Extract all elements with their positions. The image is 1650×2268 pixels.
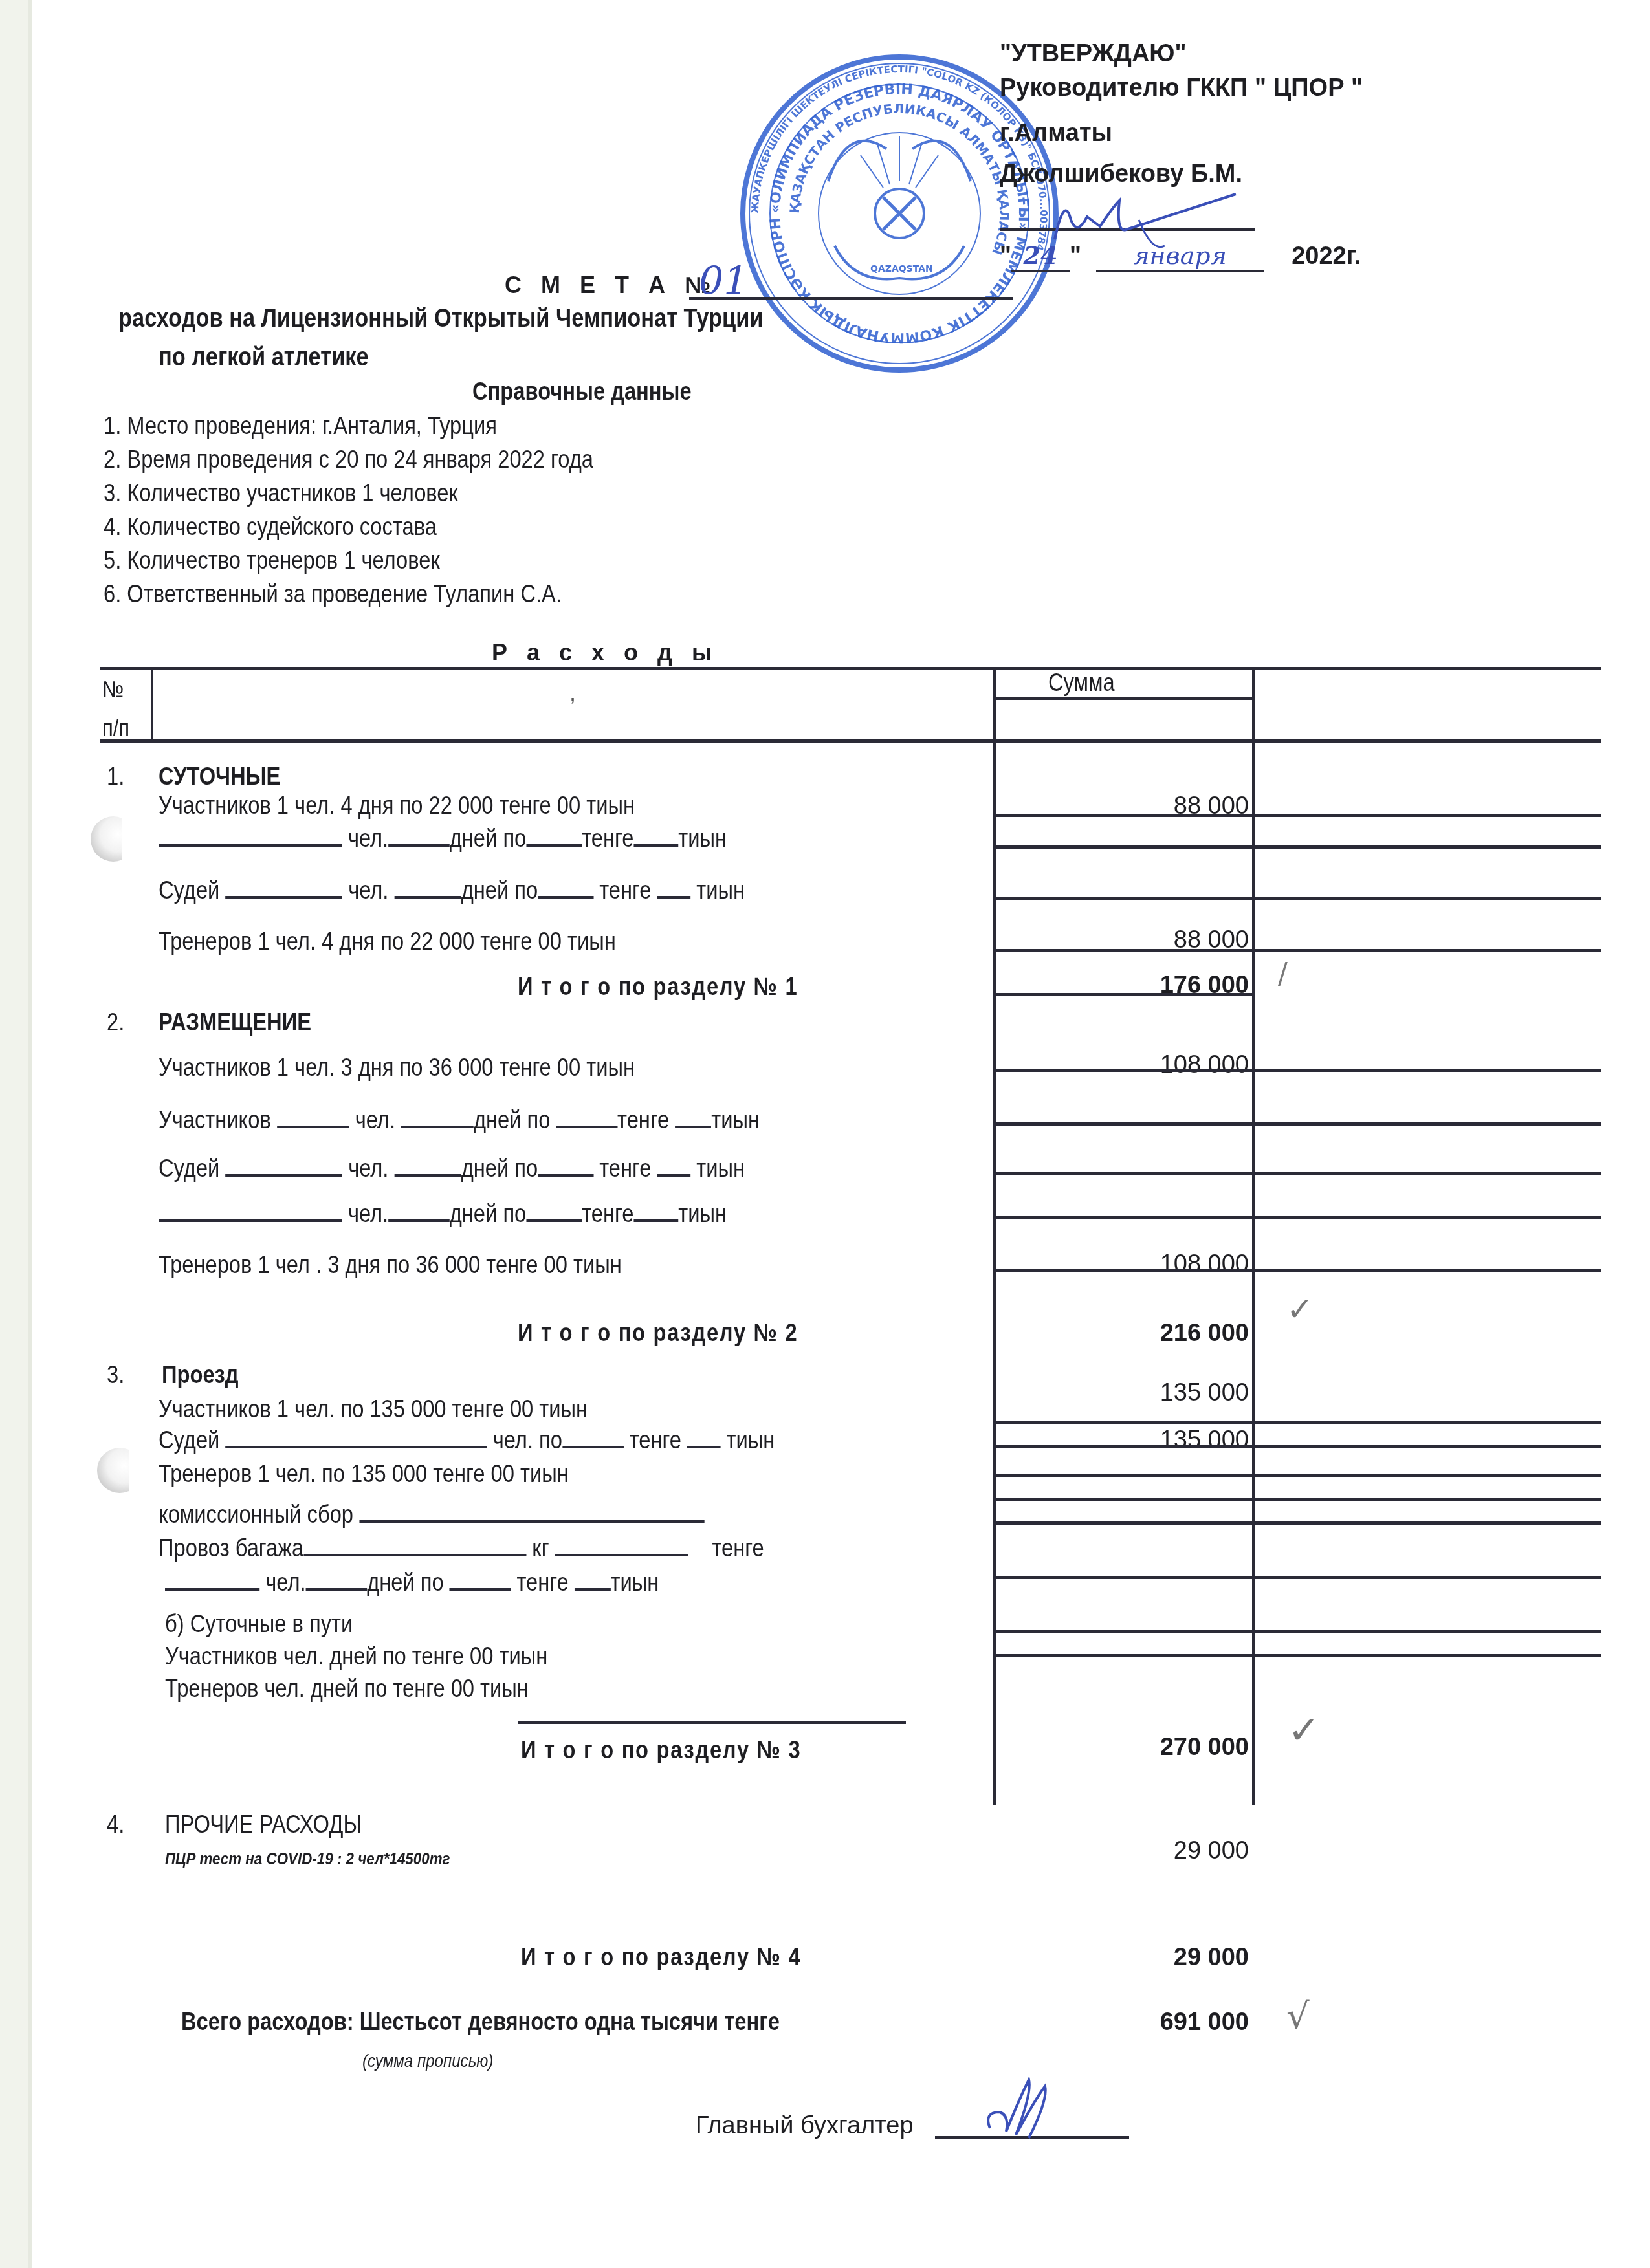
approval-date-year: 2022г. xyxy=(1292,243,1361,270)
chief-accountant-label: Главный бухгалтер xyxy=(696,2112,914,2140)
checkmark-icon: ✓ xyxy=(1286,1291,1314,1328)
scan-edge xyxy=(0,0,28,2268)
expense-row-text: б) Суточные в пути xyxy=(165,1611,353,1639)
section-number: 3. xyxy=(107,1362,124,1390)
expenses-heading: Р а с х о д ы xyxy=(492,639,718,666)
expense-row-text: Тренеров 1 чел . 3 дня по 36 000 тенге 0… xyxy=(159,1252,622,1280)
row-line xyxy=(996,1654,1601,1657)
row-line xyxy=(996,1630,1601,1633)
expense-row-template: Судей чел. дней по тенге тиын xyxy=(159,1155,745,1183)
reference-item: 3. Количество участников 1 человек xyxy=(104,480,458,508)
row-line xyxy=(996,1122,1601,1126)
grand-total-label: Всего расходов: Шестьсот девяносто одна … xyxy=(181,2009,780,2036)
expense-row-text: Участников чел. дней по тенге 00 тиын xyxy=(165,1643,547,1671)
stamp-center-label: QAZAQSTAN xyxy=(870,264,933,274)
checkmark-icon: / xyxy=(1278,957,1288,990)
expense-row-sum: 108 000 xyxy=(1003,1250,1249,1278)
col-divider-num xyxy=(151,667,153,741)
checkmark-icon: √ xyxy=(1286,1996,1310,2038)
col-num-header-2: п/п xyxy=(102,715,129,742)
accountant-signature xyxy=(984,2073,1074,2141)
document-subtitle-2: по легкой атлетике xyxy=(159,343,369,372)
punch-hole xyxy=(97,1448,142,1493)
table-header-bottom-border xyxy=(100,739,1601,743)
section-total-label: И т о г о по разделу № 1 xyxy=(518,974,798,1001)
total-rule xyxy=(518,1721,906,1724)
section-title: СУТОЧНЫЕ xyxy=(159,763,280,791)
col-num-header: № xyxy=(102,676,124,703)
expense-row-template: Участников чел. дней по тенге тиын xyxy=(159,1106,760,1135)
row-line xyxy=(996,1474,1601,1477)
reference-item: 4. Количество судейского состава xyxy=(104,514,437,541)
row-line xyxy=(996,949,1601,952)
approval-city: г.Алматы xyxy=(1000,120,1112,147)
approval-title: "УТВЕРЖДАЮ" xyxy=(1000,40,1187,68)
col-desc-mark: , xyxy=(569,679,576,706)
expense-row-text: Участников 1 чел. 4 дня по 22 000 тенге … xyxy=(159,792,635,820)
approval-date-day: 24 xyxy=(1011,241,1070,272)
section-number: 4. xyxy=(107,1811,124,1839)
expense-row-template: Судей чел. дней по тенге тиын xyxy=(159,877,745,905)
row-line xyxy=(996,845,1601,849)
reference-item: 5. Количество тренеров 1 человек xyxy=(104,547,440,575)
expense-row-text: Тренеров 1 чел. 4 дня по 22 000 тенге 00… xyxy=(159,928,616,956)
col-sum-header: Сумма xyxy=(1048,670,1115,697)
section-total-label: И т о г о по разделу № 3 xyxy=(521,1737,801,1765)
section-total: 270 000 xyxy=(1003,1734,1249,1761)
approval-date-month: января xyxy=(1096,241,1264,272)
row-line xyxy=(996,897,1601,900)
expense-row-template: чел.дней потенгетиын xyxy=(159,1200,727,1228)
reference-heading: Справочные данные xyxy=(472,378,692,406)
scan-edge-shadow xyxy=(28,0,32,2268)
row-line xyxy=(996,1069,1601,1072)
section-total-label: И т о г о по разделу № 2 xyxy=(518,1320,798,1347)
document-subtitle: расходов на Лицензионный Открытый Чемпио… xyxy=(118,304,763,333)
expense-row-sum: 135 000 xyxy=(1003,1379,1249,1407)
approval-addressee: Руководителю ГККП " ЦПОР " xyxy=(1000,74,1363,102)
section-total: 29 000 xyxy=(1003,1944,1249,1972)
expense-row-sum: 29 000 xyxy=(1003,1837,1249,1865)
expense-row-template: чел.дней потенгетиын xyxy=(159,825,727,853)
reference-item: 1. Место проведения: г.Анталия, Турция xyxy=(104,413,497,441)
expense-row-text: Тренеров чел. дней по тенге 00 тиын xyxy=(165,1675,529,1703)
section-total-label: И т о г о по разделу № 4 xyxy=(521,1944,801,1972)
row-line xyxy=(996,1421,1601,1424)
checkmark-icon: ✓ xyxy=(1288,1708,1320,1753)
expense-row-text: Тренеров 1 чел. по 135 000 тенге 00 тиын xyxy=(159,1461,569,1488)
reference-item: 2. Время проведения с 20 по 24 января 20… xyxy=(104,446,593,474)
section-title: РАЗМЕЩЕНИЕ xyxy=(159,1009,311,1037)
section-number: 2. xyxy=(107,1009,124,1037)
row-line xyxy=(996,1445,1601,1448)
document-number: 01 xyxy=(699,259,748,304)
expense-row-template: Судей чел. по тенге тиын xyxy=(159,1426,775,1455)
row-line xyxy=(996,1172,1601,1175)
sum-in-words-caption: (сумма прописью) xyxy=(362,2051,493,2071)
row-line xyxy=(996,1521,1601,1525)
document-title: С М Е Т А № xyxy=(505,272,717,299)
section-number: 1. xyxy=(107,763,124,791)
row-line xyxy=(996,1576,1601,1579)
section-title: Проезд xyxy=(162,1362,239,1390)
expense-row-sum: 108 000 xyxy=(1003,1051,1249,1079)
row-line xyxy=(996,1269,1601,1272)
col-divider-sum-left xyxy=(993,667,996,1805)
section-total: 216 000 xyxy=(1003,1320,1249,1347)
section-title: ПРОЧИЕ РАСХОДЫ xyxy=(165,1811,362,1839)
row-line xyxy=(996,993,1255,996)
expense-row-sum: 135 000 xyxy=(1003,1426,1249,1454)
grand-total-value: 691 000 xyxy=(1003,2009,1249,2036)
expense-row-template: чел.дней по тенге тиын xyxy=(165,1569,659,1597)
expense-row-template: комиссионный сбор xyxy=(159,1501,704,1529)
row-line xyxy=(996,814,1601,817)
expense-row-text: Участников 1 чел. 3 дня по 36 000 тенге … xyxy=(159,1054,635,1082)
reference-item: 6. Ответственный за проведение Тулапин С… xyxy=(104,581,562,609)
col-divider-sum-right xyxy=(1252,667,1255,1805)
expense-row-text: Участников 1 чел. по 135 000 тенге 00 ти… xyxy=(159,1396,588,1424)
table-top-border xyxy=(100,667,1601,670)
expense-row-text: ПЦР тест на COVID-19 : 2 чел*14500тг xyxy=(165,1849,450,1869)
punch-hole xyxy=(91,816,136,862)
approval-date: "24" января 2022г. xyxy=(1000,241,1361,272)
expense-row-template: Провоз багажа кг тенге xyxy=(159,1534,764,1563)
row-line xyxy=(996,1498,1601,1501)
col-sum-subdivider xyxy=(996,697,1255,700)
row-line xyxy=(996,1216,1601,1219)
